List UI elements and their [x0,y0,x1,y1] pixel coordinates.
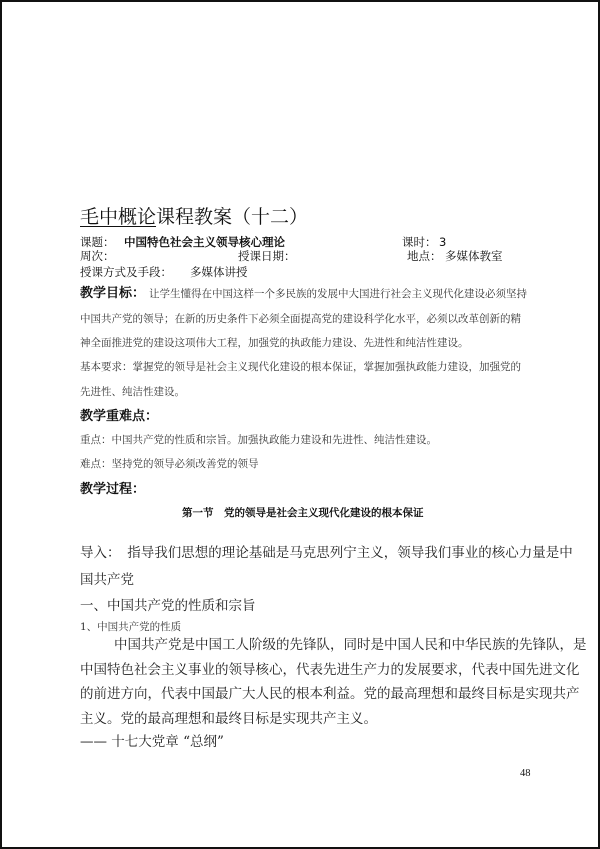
title-rest: 课程教案（十二） [156,206,308,228]
location-label: 地点： [407,251,442,263]
method-value: 多媒体讲授 [190,267,248,279]
key-difficulty: 难点：坚持党的领导必须改善党的领导 [80,459,259,470]
citation: —— 十七大党章 “总纲” [80,736,224,750]
requirements-line: 基本要求：掌握党的领导是社会主义现代化建设的根本保证，掌握加强执政能力建设，加强… [80,362,521,373]
section-heading: 第一节 党的领导是社会主义现代化建设的根本保证 [182,508,424,519]
objectives-heading: 教学目标： [80,287,145,300]
document-page: 毛中概论课程教案（十二） 课题： 中国特色社会主义领导核心理论 课时： 3 周次… [0,0,600,849]
subheading-1-1: 1、中国共产党的性质 [80,622,181,633]
method-label: 授课方式及手段： [80,267,172,279]
week-label: 周次： [80,251,115,263]
objectives-line: 让学生懂得在中国这样一个多民族的发展中大国进行社会主义现代化建设必须坚持 [149,289,527,300]
objectives-line: 神全面推进党的建设这项伟大工程，加强党的执政能力建设、先进性和纯洁性建设。 [80,338,469,349]
intro-line: 国共产党 [80,574,134,588]
intro-line: 导入： 指导我们思想的理论基础是马克思列宁主义，领导我们事业的核心力量是中 [80,547,573,561]
topic-value: 中国特色社会主义领导核心理论 [124,237,285,249]
page-title: 毛中概论课程教案（十二） [80,208,308,227]
page-number: 48 [520,769,531,780]
objectives-line: 中国共产党的领导；在新的历史条件下必须全面提高党的建设科学化水平，必须以改革创新… [80,314,521,325]
process-heading: 教学过程： [80,483,145,496]
paragraph-line: 中国特色社会主义事业的领导核心，代表先进生产力的发展要求，代表中国先进文化 [80,664,580,678]
paragraph-line: 主义。党的最高理想和最终目标是实现共产主义。 [80,713,377,727]
subheading-1: 一、中国共产党的性质和宗旨 [80,600,256,614]
key-points-heading: 教学重难点： [80,410,158,423]
paragraph-line: 的前进方向，代表中国最广大人民的根本利益。党的最高理想和最终目标是实现共产 [80,688,580,702]
requirements-line: 先进性、纯洁性建设。 [80,387,185,398]
hours-value: 3 [439,237,446,249]
topic-label: 课题： [80,237,115,249]
date-label: 授课日期： [238,251,296,263]
key-focus: 重点：中国共产党的性质和宗旨。加强执政能力建设和先进性、纯洁性建设。 [80,435,437,446]
location-value: 多媒体教室 [445,251,503,263]
paragraph-line: 中国共产党是中国工人阶级的先锋队，同时是中国人民和中华民族的先锋队，是 [114,639,587,653]
hours-label: 课时： [402,237,437,249]
title-course-name: 毛中概论 [80,206,156,228]
